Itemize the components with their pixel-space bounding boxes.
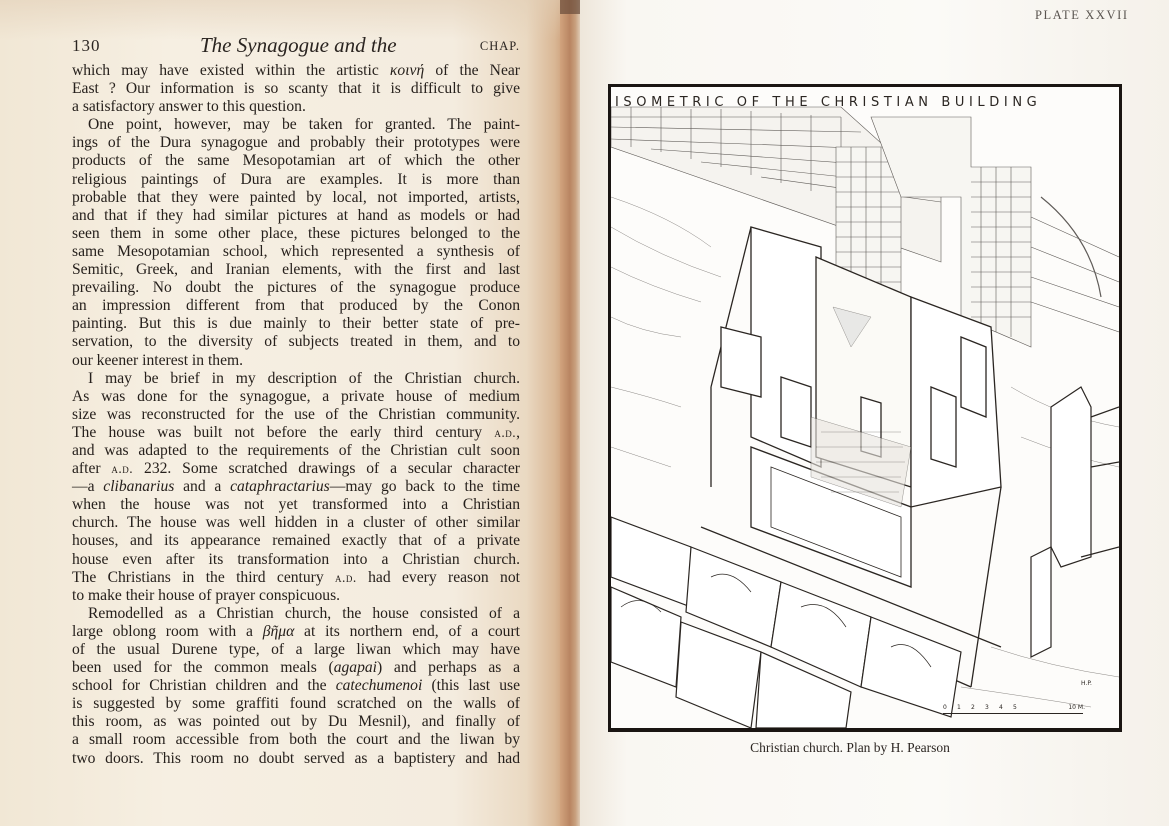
text-line: this room, as was pointed out by Du Mesn… — [72, 713, 520, 731]
text-run: house even after its transformation into… — [72, 551, 520, 568]
text-line: The Christians in the third century a.d.… — [72, 569, 520, 587]
text-run: and that if they had similar pictures at… — [72, 207, 520, 224]
text-run: Semitic, Greek, and Iranian elements, wi… — [72, 261, 520, 278]
text-run: is suggested by some graffiti found scra… — [72, 695, 520, 712]
text-run: ) and perhaps as a — [377, 659, 520, 676]
text-run: probable that they were painted by local… — [72, 189, 520, 206]
text-run: products of the same Mesopotamian art of… — [72, 152, 520, 169]
text-run: two doors. This room no doubt served as … — [72, 750, 520, 767]
text-run: a small room accessible from both the co… — [72, 731, 520, 748]
text-run: of the usual Durene type, of a large liw… — [72, 641, 520, 658]
text-run: prevailing. No doubt the pictures of the… — [72, 279, 520, 296]
text-run: church. The house was well hidden in a c… — [72, 514, 520, 531]
figure-caption: Christian church. Plan by H. Pearson — [580, 740, 1120, 756]
italic-term: βῆμα — [263, 623, 295, 640]
scale-tick: 1 — [957, 704, 971, 711]
text-run: our keener interest in them. — [72, 352, 243, 369]
text-run: size was reconstructed for the use of th… — [72, 406, 520, 423]
text-line: to make their house of prayer conspicuou… — [72, 587, 520, 605]
text-run: large oblong room with a — [72, 623, 263, 640]
text-line: and that if they had similar pictures at… — [72, 207, 520, 225]
text-line: seen them in some other place, these pic… — [72, 225, 520, 243]
text-line: prevailing. No doubt the pictures of the… — [72, 279, 520, 297]
body-text: which may have existed within the artist… — [72, 62, 520, 768]
text-run: , — [516, 424, 520, 441]
text-run: which may have existed within the artist… — [72, 62, 390, 79]
text-run: 232. Some scratched drawings of a secula… — [133, 460, 520, 477]
text-run: East ? Our information is so scanty that… — [72, 80, 520, 97]
italic-term: catechumenoi — [336, 677, 423, 694]
text-line: I may be brief in my description of the … — [72, 370, 520, 388]
text-line: same Mesopotamian school, which represen… — [72, 243, 520, 261]
text-run: servation, to the diversity of subjects … — [72, 333, 520, 350]
italic-term: clibanarius — [103, 478, 174, 495]
small-caps-term: a.d. — [335, 570, 357, 585]
small-caps-term: a.d. — [494, 425, 516, 440]
text-line: One point, however, may be taken for gra… — [72, 116, 520, 134]
scale-line — [943, 713, 1083, 714]
italic-term: κοινή — [390, 62, 424, 79]
text-run: Remodelled as a Christian church, the ho… — [88, 605, 520, 622]
text-run: —may go back to the time — [330, 478, 520, 495]
text-run: and was adapted to the requirements of t… — [72, 442, 520, 459]
text-line: been used for the common meals (agapai) … — [72, 659, 520, 677]
text-run: and a — [174, 478, 230, 495]
text-line: of the usual Durene type, of a large liw… — [72, 641, 520, 659]
text-line: which may have existed within the artist… — [72, 62, 520, 80]
text-line: is suggested by some graffiti found scra… — [72, 695, 520, 713]
text-line: an impression different from that produc… — [72, 297, 520, 315]
text-run: to make their house of prayer conspicuou… — [72, 587, 340, 604]
text-line: As was done for the synagogue, a private… — [72, 388, 520, 406]
text-run: same Mesopotamian school, which represen… — [72, 243, 520, 260]
text-line: our keener interest in them. — [72, 352, 520, 370]
text-run: The house was built not before the early… — [72, 424, 494, 441]
text-run: —a — [72, 478, 103, 495]
text-run: I may be brief in my description of the … — [88, 370, 520, 387]
page-number: 130 — [72, 36, 101, 56]
text-line: two doors. This room no doubt served as … — [72, 750, 520, 768]
text-run: had every reason not — [357, 569, 520, 586]
text-run: ings of the Dura synagogue and probably … — [72, 134, 520, 151]
text-run: this room, as was pointed out by Du Mesn… — [72, 713, 520, 730]
scale-tick: 5 — [1013, 704, 1027, 711]
text-line: Semitic, Greek, and Iranian elements, wi… — [72, 261, 520, 279]
scale-tick: 0 — [943, 704, 957, 711]
text-line: when the house was not yet transformed i… — [72, 496, 520, 514]
text-line: servation, to the diversity of subjects … — [72, 333, 520, 351]
text-run: The Christians in the third century — [72, 569, 335, 586]
chapter-abbrev: CHAP. — [480, 39, 520, 54]
text-run: an impression different from that produc… — [72, 297, 520, 314]
left-page: 130 The Synagogue and the CHAP. which ma… — [0, 0, 566, 826]
book-gutter — [560, 0, 582, 826]
text-line: house even after its transformation into… — [72, 551, 520, 569]
scale-bar: 0 1 2 3 4 5 10 M. — [943, 704, 1085, 718]
text-run: when the house was not yet transformed i… — [72, 496, 520, 513]
text-run: seen them in some other place, these pic… — [72, 225, 520, 242]
right-structure — [1031, 387, 1119, 657]
text-run: religious paintings of Dura are examples… — [72, 171, 520, 188]
right-page: PLATE XXVII — [580, 0, 1169, 826]
text-line: school for Christian children and the ca… — [72, 677, 520, 695]
book-spread: 130 The Synagogue and the CHAP. which ma… — [0, 0, 1169, 826]
text-line: houses, and its appearance remained exac… — [72, 532, 520, 550]
text-run: As was done for the synagogue, a private… — [72, 388, 520, 405]
plate-label: PLATE XXVII — [1035, 8, 1129, 23]
text-line: —a clibanarius and a cataphractarius—may… — [72, 478, 520, 496]
running-head: 130 The Synagogue and the CHAP. — [72, 36, 520, 58]
text-line: and was adapted to the requirements of t… — [72, 442, 520, 460]
drawing-title: ISOMETRIC OF THE CHRISTIAN BUILDING — [615, 95, 1099, 110]
text-line: church. The house was well hidden in a c… — [72, 514, 520, 532]
text-run: houses, and its appearance remained exac… — [72, 532, 520, 549]
text-run: at its northern end, of a court — [294, 623, 520, 640]
scale-tick: 3 — [985, 704, 999, 711]
text-run: after — [72, 460, 111, 477]
text-line: size was reconstructed for the use of th… — [72, 406, 520, 424]
isometric-drawing: H.P. ISOMETRIC OF THE CHRISTIAN BUILDING… — [608, 84, 1122, 732]
text-line: ings of the Dura synagogue and probably … — [72, 134, 520, 152]
text-line: products of the same Mesopotamian art of… — [72, 152, 520, 170]
text-line: painting. But this is due mainly to thei… — [72, 315, 520, 333]
text-run: of the Near — [424, 62, 520, 79]
text-line: probable that they were painted by local… — [72, 189, 520, 207]
text-run: been used for the common meals ( — [72, 659, 334, 676]
small-caps-term: a.d. — [111, 461, 133, 476]
text-run: school for Christian children and the — [72, 677, 336, 694]
text-run: One point, however, may be taken for gra… — [88, 116, 520, 133]
text-run: painting. But this is due mainly to thei… — [72, 315, 520, 332]
isometric-drawing-lines: H.P. — [611, 87, 1119, 728]
scale-ticks: 0 1 2 3 4 5 — [943, 704, 1083, 711]
text-run: (this last use — [422, 677, 520, 694]
drawing-signature: H.P. — [1081, 680, 1092, 687]
scale-end: 10 M. — [1068, 704, 1085, 711]
text-line: religious paintings of Dura are examples… — [72, 171, 520, 189]
text-line: a small room accessible from both the co… — [72, 731, 520, 749]
italic-term: agapai — [334, 659, 377, 676]
scale-tick: 4 — [999, 704, 1013, 711]
text-line: The house was built not before the early… — [72, 424, 520, 442]
text-line: large oblong room with a βῆμα at its nor… — [72, 623, 520, 641]
text-line: after a.d. 232. Some scratched drawings … — [72, 460, 520, 478]
text-line: Remodelled as a Christian church, the ho… — [72, 605, 520, 623]
italic-term: cataphractarius — [230, 478, 330, 495]
scale-tick: 2 — [971, 704, 985, 711]
text-line: a satisfactory answer to this question. — [72, 98, 520, 116]
text-line: East ? Our information is so scanty that… — [72, 80, 520, 98]
text-run: a satisfactory answer to this question. — [72, 98, 306, 115]
running-title: The Synagogue and the — [200, 33, 397, 58]
